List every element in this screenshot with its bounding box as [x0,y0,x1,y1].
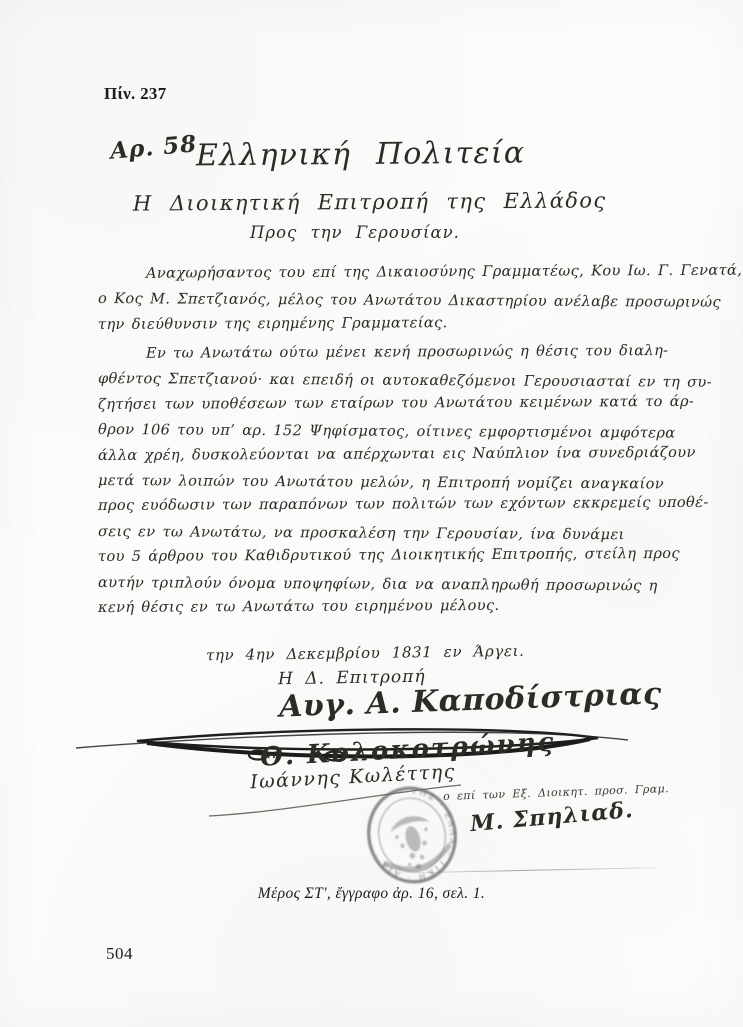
secretary-title-line: ο επί των Εξ. Διοικητ. προσ. Γραμ. [443,782,669,803]
handwritten-line: άλλα χρέη, δυσκολεύονται να απέρχωνται ε… [98,440,650,468]
handwritten-line: κενή θέσις εν τω Ανωτάτω του ειρημένου μ… [98,592,650,620]
paragraph-1: Αναχωρήσαντος του επί της Δικαιοσύνης Γρ… [98,261,650,337]
page-number: 504 [106,944,133,964]
document-title: Ελληνική Πολιτεία [196,136,525,174]
scanned-page: Πίν. 237 Αρ. 58 Ελληνική Πολιτεία Η Διοι… [0,0,743,1027]
figure-caption: Μέρος ΣΤ', ἔγγραφο ἀρ. 16, σελ. 1. [0,885,743,903]
handwritten-line: προς ευόδωσιν των παραπόνων των πολιτών … [98,491,650,519]
handwritten-line: Εν τω Ανωτάτω ούτω μένει κενή προσωρινώς… [98,338,650,366]
handwritten-line: ζητήσει των υποθέσεων των εταίρων του Αν… [98,389,650,417]
handwritten-line: την διεύθυνσιν της ειρημένης Γραμματείας… [98,309,650,337]
handwritten-line: Αναχωρήσαντος του επί της Δικαιοσύνης Γρ… [98,258,650,286]
ref-number: Αρ. 58 [109,130,198,164]
paragraph-2: Εν τω Ανωτάτω ούτω μένει κενή προσωρινώς… [98,341,650,620]
plate-label: Πίν. 237 [104,84,167,104]
signature-secretary: Μ. Σπηλιαδ. [469,797,634,837]
dateline: την 4ην Δεκεμβρίου 1831 εν Άργει. [206,642,525,664]
issuer-line: Η Διοικητική Επιτροπή της Ελλάδος [133,188,607,215]
recipient-line: Προς την Γερουσίαν. [250,223,460,242]
handwritten-line: του 5 άρθρου του Καθιδρυτικού της Διοικη… [98,541,650,569]
